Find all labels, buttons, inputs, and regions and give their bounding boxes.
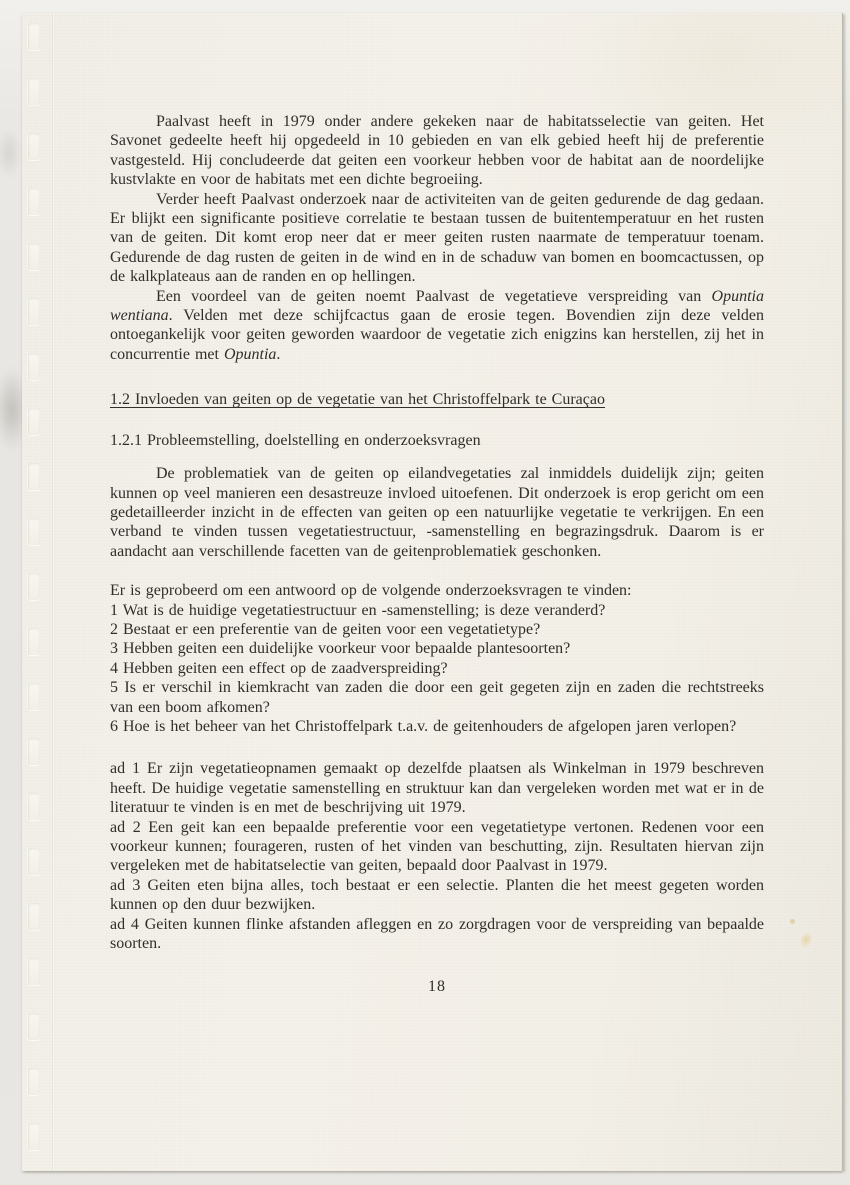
binding-hole (28, 133, 40, 160)
binding-hole (28, 1068, 40, 1095)
binding-hole (28, 408, 40, 435)
binding-hole (28, 628, 40, 655)
binding-hole (28, 683, 40, 710)
binding-hole (28, 958, 40, 985)
document-text: Paalvast heeft in 1979 onder andere geke… (110, 112, 764, 953)
paper-stain-dot (790, 919, 795, 924)
paper-stain (795, 927, 817, 953)
page-number: 18 (110, 977, 764, 996)
scanned-page-background: { "page_number": "18", "colors": { "pape… (0, 0, 850, 1185)
paragraph-ad-1: ad 1 Er zijn vegetatieopnamen gemaakt op… (110, 759, 764, 817)
binding-hole (28, 518, 40, 545)
binding-hole (28, 243, 40, 270)
binding-crease (52, 13, 55, 1171)
binding-hole (28, 188, 40, 215)
binding-hole (28, 1013, 40, 1040)
binding-hole (28, 78, 40, 105)
binding-hole (28, 848, 40, 875)
question-5: 5 Is er verschil in kiemkracht van zaden… (110, 678, 764, 717)
binding-hole (28, 903, 40, 930)
paragraph-problematiek: De problematiek van de geiten op eilandv… (110, 464, 764, 561)
binding-hole (28, 1123, 40, 1150)
question-1: 1 Wat is de huidige vegetatiestructuur e… (110, 601, 764, 620)
binding-hole (28, 463, 40, 490)
paragraph-ad-3: ad 3 Geiten eten bijna alles, toch besta… (110, 876, 764, 915)
paragraph-paalvast-habitat: Paalvast heeft in 1979 onder andere geke… (110, 112, 764, 190)
paper-sheet: Paalvast heeft in 1979 onder andere geke… (22, 13, 842, 1171)
paragraph-ad-4: ad 4 Geiten kunnen flinke afstanden afle… (110, 915, 764, 954)
binding-hole (28, 298, 40, 325)
binding-hole (28, 573, 40, 600)
binding-hole (28, 353, 40, 380)
binding-hole (28, 793, 40, 820)
question-4: 4 Hebben geiten een effect op de zaadver… (110, 659, 764, 678)
question-6: 6 Hoe is het beheer van het Christoffelp… (110, 717, 764, 736)
paragraph-opuntia: Een voordeel van de geiten noemt Paalvas… (110, 287, 764, 365)
line-onderzoeksvragen-intro: Er is geprobeerd om een antwoord op de v… (110, 581, 764, 600)
subsection-heading-1-2-1: 1.2.1 Probleemstelling, doelstelling en … (110, 431, 764, 450)
question-2: 2 Bestaat er een preferentie van de geit… (110, 620, 764, 639)
question-3: 3 Hebben geiten een duidelijke voorkeur … (110, 639, 764, 658)
binding-hole (28, 738, 40, 765)
paragraph-ad-2: ad 2 Een geit kan een bepaalde preferent… (110, 818, 764, 876)
document-content: Paalvast heeft in 1979 onder andere geke… (110, 112, 764, 997)
binding-hole (28, 23, 40, 50)
section-heading-1-2: 1.2 Invloeden van geiten op de vegetatie… (110, 390, 764, 409)
paragraph-activiteiten: Verder heeft Paalvast onderzoek naar de … (110, 190, 764, 287)
